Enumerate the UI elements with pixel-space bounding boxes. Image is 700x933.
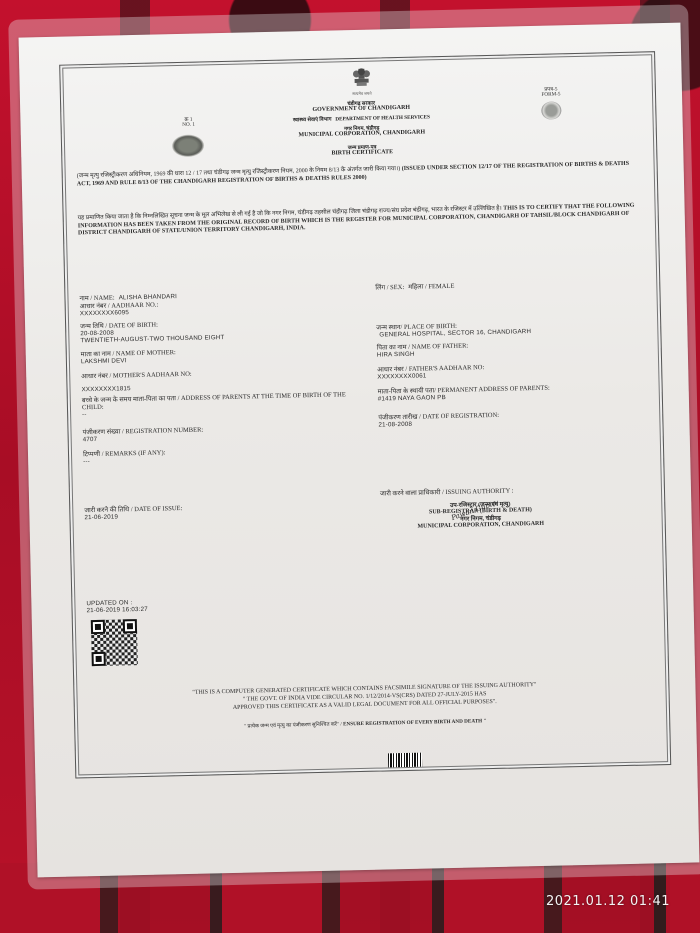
issuing-authority-label: जारी करने वाला प्राधिकारी / ISSUING AUTH… [380,486,514,498]
registration-date-field: पंजीकरण तारीख / DATE OF REGISTRATION: 21… [378,410,499,429]
footer-slogan-hi: " प्रत्येक जन्म एवं मृत्यु का पंजीकरण सु… [244,722,339,730]
date-of-issue-value: 21-06-2019 [84,512,182,521]
dept-en: DEPARTMENT OF HEALTH SERVICES [335,114,430,122]
serial-number: NO. 1 [174,121,204,128]
small-seal-icon [541,101,561,119]
registration-date-value: 21-08-2008 [378,419,499,429]
address-at-birth-field: बच्चे के जन्म के समय माता-पिता का पता / … [82,389,362,418]
certify-statement: यह प्रमाणित किया जाता है कि निम्नलिखित स… [78,203,638,238]
qr-code [91,619,138,666]
certify-en: THIS IS TO CERTIFY THAT THE FOLLOWING IN… [78,203,635,237]
place-of-birth-field: जन्म स्थान/ PLACE OF BIRTH: GENERAL HOSP… [376,319,531,339]
registration-number-field: पंजीकरण संख्या / REGISTRATION NUMBER: 47… [82,425,203,444]
remarks-field: टिप्पणी / REMARKS (IF ANY): --- [83,447,166,465]
certificate-border: सत्यमेव जयते क्र 1 NO. 1 प्रपत्र-5 FORM-… [59,51,671,778]
permanent-address-field: माता-पिता के स्थायी पता/ PERMANENT ADDRE… [378,381,628,403]
seal-icon [172,134,204,157]
mother-value: LAKSHMI DEVI [81,356,176,365]
updated-on: UPDATED ON : 21-06-2019 16:03:27 [86,599,148,614]
mother-field: माता का नाम / NAME OF MOTHER: LAKSHMI DE… [81,347,176,365]
aadhaar-value: XXXXXXXX6095 [80,309,159,318]
birth-certificate: सत्यमेव जयते क्र 1 NO. 1 प्रपत्र-5 FORM-… [19,23,700,878]
father-value: HIRA SINGH [377,349,469,358]
photo-timestamp: 2021.01.12 01:41 [546,894,670,909]
barcode [388,753,422,768]
mother-aadhaar-value: XXXXXXXX1815 [81,384,192,394]
dept-hi: स्वास्थ्य सेवाएं विभाग [293,117,332,124]
footer-slogan: " प्रत्येक जन्म एवं मृत्यु का पंजीकरण सु… [105,713,625,733]
emblem-caption: सत्यमेव जयते [336,90,388,97]
form-number: FORM-5 [531,91,571,98]
father-aadhaar-value: XXXXXXXX0061 [377,371,484,380]
footer-notice: "THIS IS A COMPUTER GENERATED CERTIFICAT… [104,679,624,715]
father-aadhaar-field: आधार नंबर / FATHER'S AADHAAR NO: XXXXXXX… [377,362,484,380]
national-emblem-icon [350,67,372,89]
updated-on-value: 21-06-2019 16:03:27 [86,606,147,614]
mother-aadhaar-field: आधार नंबर / MOTHER'S AADHAAR NO: XXXXXXX… [81,369,192,394]
footer-slogan-en: ENSURE REGISTRATION OF EVERY BIRTH AND D… [343,718,486,727]
issued-under: (जन्म मृत्यु रजिस्ट्रीकरण अधिनियम, 1969 … [77,161,637,189]
father-field: पिता का नाम / NAME OF FATHER: HIRA SINGH [377,340,469,358]
sex-field: लिंग / SEX: महिला / FEMALE [375,275,454,295]
dob-field: जन्म तिथि / DATE OF BIRTH: 20-08-2008 TW… [80,318,225,344]
sex-value: महिला / FEMALE [408,283,454,291]
aadhaar-field: आधार नंबर / AADHAAR NO.: XXXXXXXX6095 [80,300,159,318]
issuing-authority: उप-रजिस्ट्रार (जन्म एवं मृत्यु) SUB-REGI… [380,498,581,531]
date-of-issue-field: जारी करने की तिथि / DATE OF ISSUE: 21-06… [84,503,182,521]
